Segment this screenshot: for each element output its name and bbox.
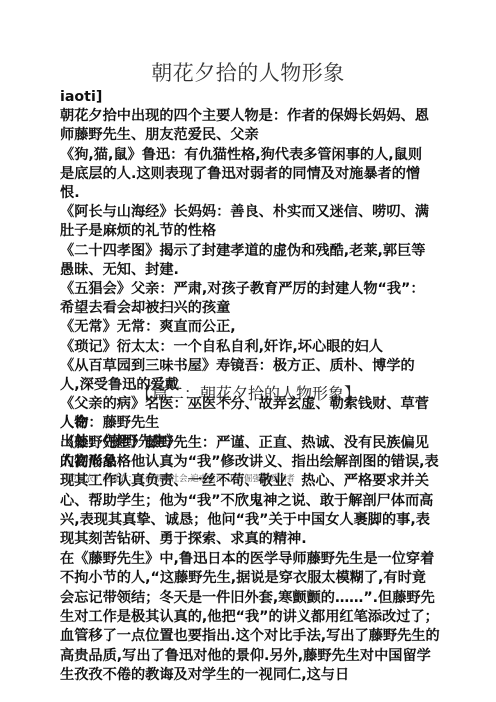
paragraph: 人物形象：他认真为“我”修改讲义、指出绘解剖图的错误,表现其工作认真负责、一丝不… xyxy=(60,453,440,550)
section-2: 人物：藤野先生 出处：《藤野先生》 人物形象：他认真为“我”修改讲义、指出绘解剖… xyxy=(60,414,440,686)
paragraph: 人物：藤野先生 xyxy=(60,414,440,433)
paragraph: 《阿长与山海经》长妈妈：善良、朴实而又迷信、唠叨、满肚子是麻烦的礼节的性格 xyxy=(60,203,432,241)
paragraph: 在《藤野先生》中,鲁迅日本的医学导师藤野先生是一位穿着不拘小节的人,“这藤野先生… xyxy=(60,550,440,686)
paragraph: 出处：《藤野先生》 xyxy=(60,433,440,452)
paragraph: 《二十四孝图》揭示了封建孝道的虚伪和残酷,老莱,郭巨等愚昧、无知、封建. xyxy=(60,242,432,280)
paragraph: 《五猖会》父亲：严肃,对孩子教育严厉的封建人物“我”：希望去看会却被扫兴的孩童 xyxy=(60,280,432,318)
section-2-heading: 【篇二：朝花夕拾的人物形象】 xyxy=(0,383,496,405)
document-page: 朝花夕拾的人物形象 iaoti] 朝花夕拾中出现的四个主要人物是：作者的保姆长妈… xyxy=(0,0,496,702)
paragraph: 《无常》无常：爽直而公正, xyxy=(60,318,432,337)
section-tag: iaoti] xyxy=(60,88,432,107)
paragraph: 朝花夕拾中出现的四个主要人物是：作者的保姆长妈妈、恩师藤野先生、朋友范爱民、父亲 xyxy=(60,107,432,145)
document-title: 朝花夕拾的人物形象 xyxy=(0,59,496,87)
paragraph: 《琐记》衍太太：一个自私自利,奸诈,坏心眼的妇人 xyxy=(60,338,432,357)
paragraph: 《狗,猫,鼠》鲁迅：有仇猫性格,狗代表多管闲事的人,鼠则是底层的人.这则表现了鲁… xyxy=(60,146,432,204)
